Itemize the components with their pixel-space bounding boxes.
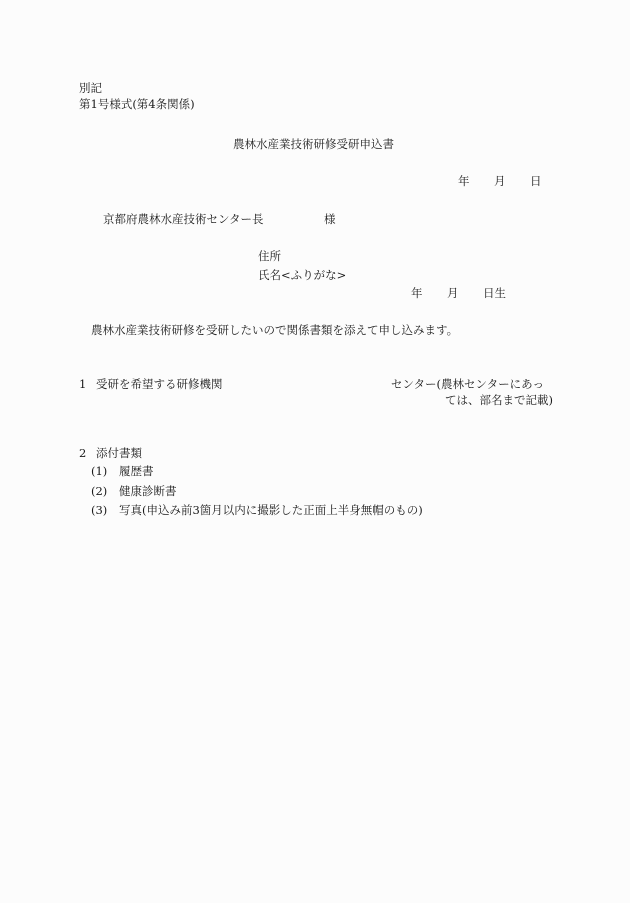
date-month-label: 月	[494, 174, 506, 188]
attachment-item-text: 写真(申込み前3箇月以内に撮影した正面上半身無帽のもの)	[119, 503, 423, 517]
birth-day-label: 日生	[483, 286, 506, 300]
addressee-name: 京都府農林水産技術センター長	[103, 212, 264, 226]
date-year-label: 年	[458, 174, 470, 188]
section1-label: 受研を希望する研修機関	[96, 377, 223, 391]
appendix-label: 別記	[79, 81, 102, 95]
section1-note-line1: センター(農林センターにあっ	[391, 377, 544, 391]
form-number: 第1号様式(第4条関係)	[79, 97, 195, 111]
birth-month-label: 月	[447, 286, 459, 300]
section2-label: 添付書類	[96, 446, 142, 460]
application-statement: 農林水産業技術研修を受研したいので関係書類を添えて申し込みます。	[91, 323, 458, 337]
document-title: 農林水産業技術研修受研申込書	[233, 137, 394, 151]
addressee-honorific: 様	[324, 212, 336, 226]
birth-year-label: 年	[411, 286, 423, 300]
attachment-item-number: (1)	[91, 464, 107, 478]
attachment-item-number: (2)	[91, 484, 107, 498]
section1-note-line2: ては、部名まで記載)	[445, 393, 553, 407]
section1-number: 1	[79, 377, 86, 391]
attachment-item-number: (3)	[91, 503, 107, 517]
attachment-item-text: 履歴書	[119, 464, 154, 478]
name-label: 氏名<ふりがな>	[258, 268, 346, 282]
section2-number: 2	[79, 446, 86, 460]
address-label: 住所	[258, 249, 281, 263]
attachment-item-text: 健康診断書	[119, 484, 177, 498]
date-day-label: 日	[530, 174, 542, 188]
